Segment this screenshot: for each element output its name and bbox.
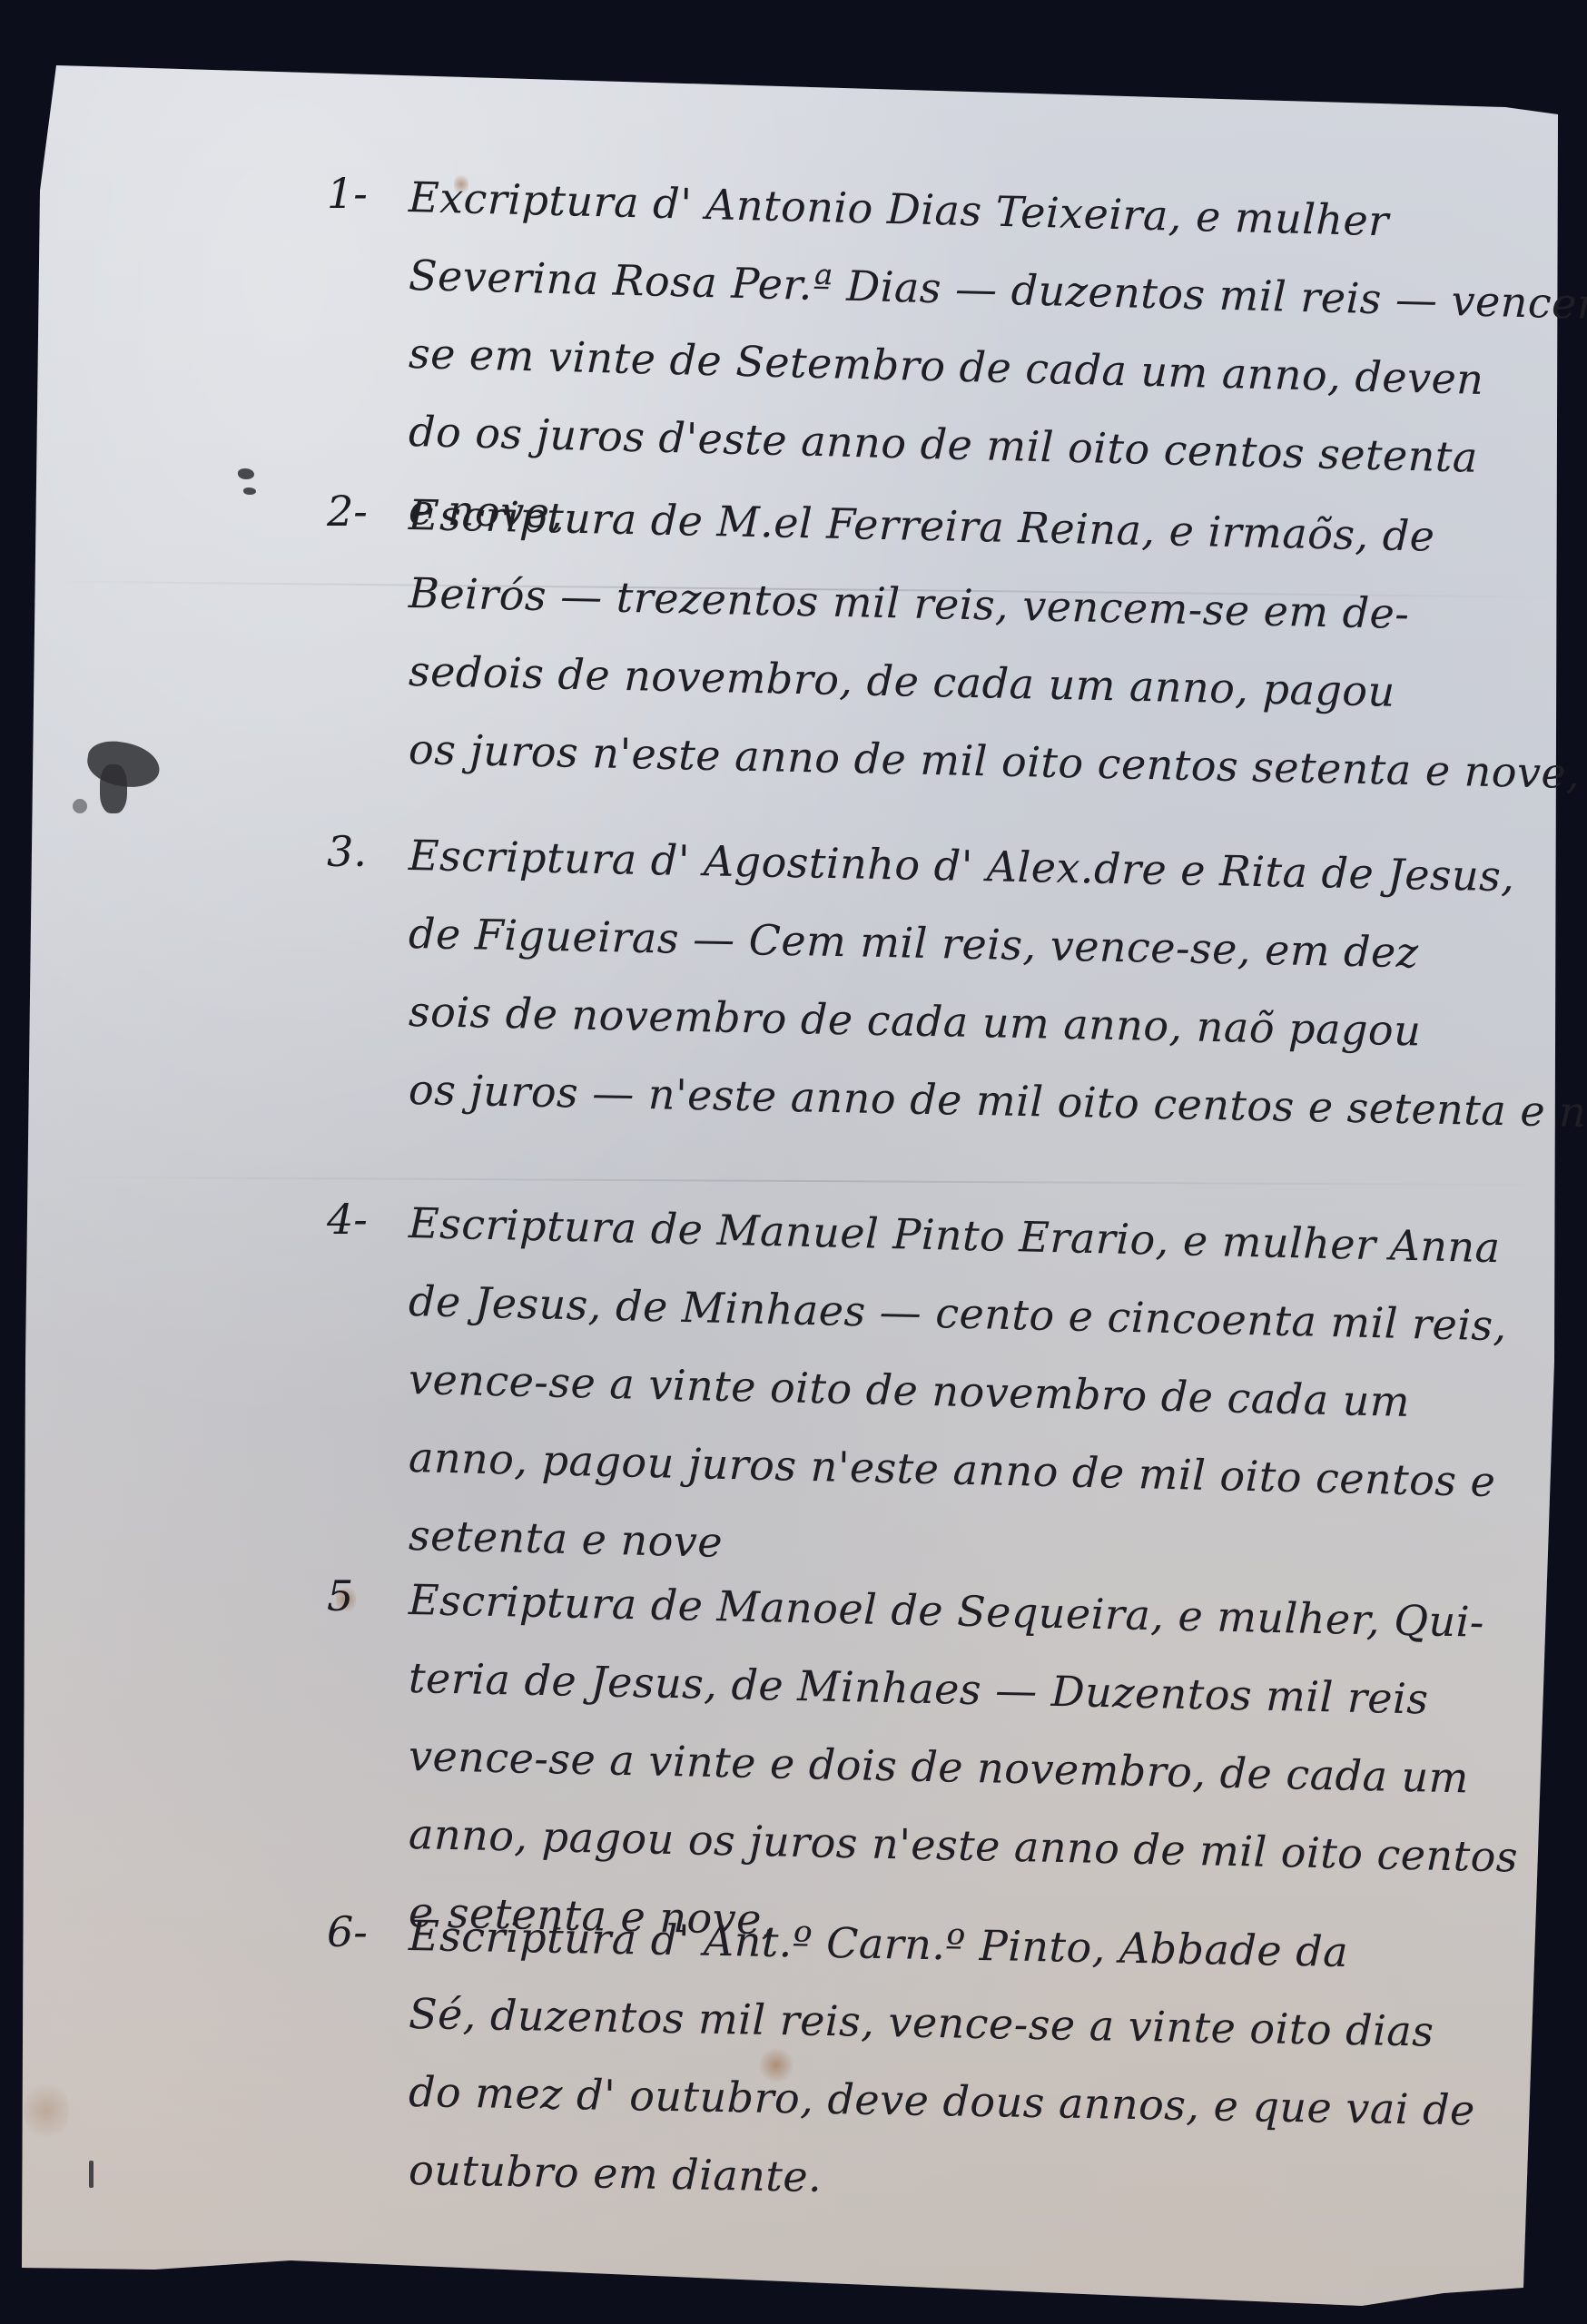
entry-number: 5 xyxy=(327,1571,353,1620)
ink-speck xyxy=(243,487,256,495)
ink-tick xyxy=(89,2161,94,2188)
ink-blot xyxy=(73,799,87,813)
age-stain xyxy=(24,2079,69,2142)
entry-number: 1- xyxy=(327,169,368,218)
photo-background: 1- Excriptura d' Antonio Dias Teixeira, … xyxy=(0,0,1587,2324)
ink-speck xyxy=(238,468,254,479)
entry-number: 6- xyxy=(327,1907,368,1956)
ink-blot xyxy=(100,764,127,813)
entry-number: 3. xyxy=(327,827,367,876)
entry-number: 4- xyxy=(327,1195,368,1244)
entry-number: 2- xyxy=(327,487,368,536)
